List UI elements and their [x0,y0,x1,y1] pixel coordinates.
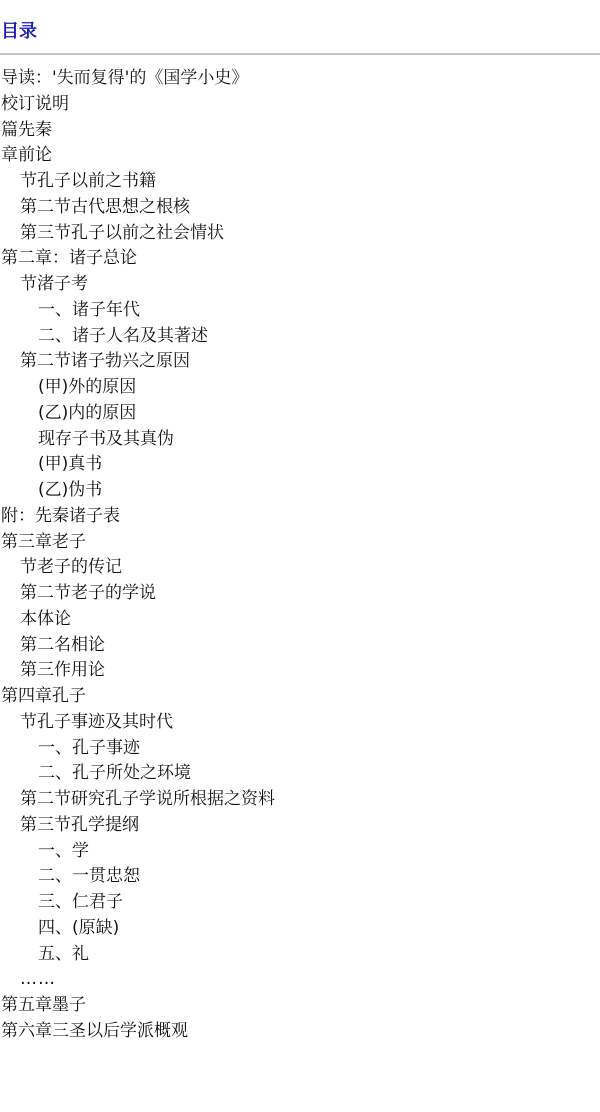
toc-item-ch3-section-2[interactable]: 第二节老子的学说 [0,581,600,607]
toc-item-ch4-section-2[interactable]: 第二节研究孔子学说所根据之资料 [0,787,600,813]
toc-item-ch1-section-3[interactable]: 第三节孔子以前之社会情状 [0,221,600,247]
toc-item-ch4-s1-sub-2[interactable]: 二、孔子所处之环境 [0,761,600,787]
toc-item-ch2-s1-sub-1[interactable]: 一、诸子年代 [0,298,600,324]
toc-item-ch4-s3-sub-3[interactable]: 三、仁君子 [0,890,600,916]
toc-item-ch2-s2-sub-4[interactable]: (甲)真书 [0,452,600,478]
toc-item-ch1-section-1[interactable]: 节孔子以前之书籍 [0,169,600,195]
toc-item-ch2-s2-sub-2[interactable]: (乙)内的原因 [0,401,600,427]
toc-item-ch4-section-1[interactable]: 节孔子事迹及其时代 [0,710,600,736]
table-of-contents: 导读：'失而复得'的《国学小史》 校订说明 篇先秦 章前论 节孔子以前之书籍 第… [0,66,600,1045]
toc-item-ch4-s1-sub-1[interactable]: 一、孔子事迹 [0,736,600,762]
toc-item-ch3-names[interactable]: 第二名相论 [0,633,600,659]
toc-item-appendix[interactable]: 附：先秦诸子表 [0,504,600,530]
toc-ellipsis: …… [0,967,600,993]
toc-item-ch2-s2-sub-1[interactable]: (甲)外的原因 [0,375,600,401]
toc-item-chapter-4[interactable]: 第四章孔子 [0,684,600,710]
toc-item-ch4-s3-sub-4[interactable]: 四、(原缺) [0,916,600,942]
toc-item-ch4-section-3[interactable]: 第三节孔学提纲 [0,813,600,839]
toc-item-chapter-1[interactable]: 章前论 [0,143,600,169]
toc-item-ch3-ontology[interactable]: 本体论 [0,607,600,633]
page-title: 目录 [0,18,600,46]
toc-item-chapter-5[interactable]: 第五章墨子 [0,993,600,1019]
toc-item-ch2-s2-sub-3[interactable]: 现存子书及其真伪 [0,427,600,453]
toc-item-ch2-section-2[interactable]: 第二节诸子勃兴之原因 [0,349,600,375]
toc-header: 目录 [0,18,600,46]
toc-item-ch4-s3-sub-1[interactable]: 一、学 [0,839,600,865]
toc-item-ch4-s3-sub-2[interactable]: 二、一贯忠恕 [0,864,600,890]
toc-item-part-pre-qin[interactable]: 篇先秦 [0,118,600,144]
toc-item-ch3-section-1[interactable]: 节老子的传记 [0,555,600,581]
toc-item-revision-notes[interactable]: 校订说明 [0,92,600,118]
toc-item-introduction[interactable]: 导读：'失而复得'的《国学小史》 [0,66,600,92]
toc-item-ch4-s3-sub-5[interactable]: 五、礼 [0,942,600,968]
toc-item-ch2-s2-sub-5[interactable]: (乙)伪书 [0,478,600,504]
toc-item-ch3-function[interactable]: 第三作用论 [0,658,600,684]
toc-item-ch1-section-2[interactable]: 第二节古代思想之根核 [0,195,600,221]
toc-item-ch2-section-1[interactable]: 节渚子考 [0,272,600,298]
toc-item-chapter-2[interactable]: 第二章：诸子总论 [0,246,600,272]
toc-item-chapter-6[interactable]: 第六章三圣以后学派概观 [0,1019,600,1045]
toc-item-chapter-3[interactable]: 第三章老子 [0,530,600,556]
header-divider [0,53,600,55]
toc-item-ch2-s1-sub-2[interactable]: 二、诸子人名及其著述 [0,324,600,350]
